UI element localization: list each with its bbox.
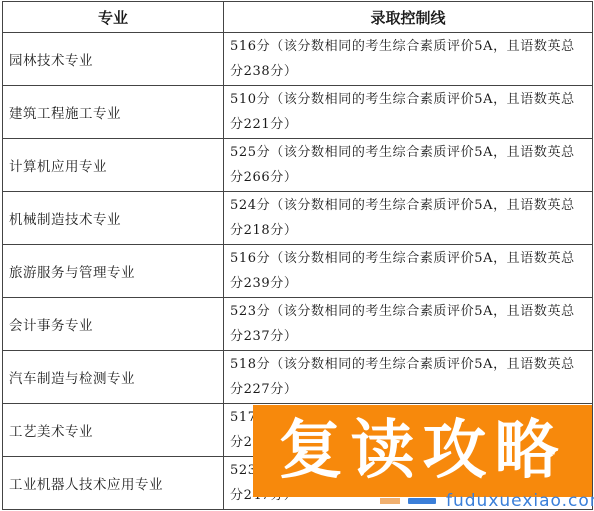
watermark-text: 复读攻略	[279, 419, 567, 483]
major-cell: 计算机应用专业	[3, 139, 224, 192]
major-cell: 旅游服务与管理专业	[3, 245, 224, 298]
watermark-url-text: fuduxuexiao.com	[446, 491, 594, 511]
major-cell: 工艺美术专业	[3, 404, 224, 457]
admission-line-cell: 516分（该分数相同的考生综合素质评价5A，且语数英总分239分）	[224, 245, 593, 298]
admission-line-cell: 523分（该分数相同的考生综合素质评价5A，且语数英总分237分）	[224, 298, 593, 351]
table-row: 计算机应用专业 525分（该分数相同的考生综合素质评价5A，且语数英总分266分…	[3, 139, 593, 192]
major-cell: 会计事务专业	[3, 298, 224, 351]
major-cell: 工业机器人技术应用专业	[3, 457, 224, 510]
admission-line-cell: 516分（该分数相同的考生综合素质评价5A，且语数英总分238分）	[224, 33, 593, 86]
watermark-logo-mark-icon	[380, 498, 400, 504]
table-row: 机械制造技术专业 524分（该分数相同的考生综合素质评价5A，且语数英总分218…	[3, 192, 593, 245]
watermark-logo-bar-icon	[408, 498, 436, 504]
admission-line-cell: 510分（该分数相同的考生综合素质评价5A，且语数英总分221分）	[224, 86, 593, 139]
major-cell: 园林技术专业	[3, 33, 224, 86]
table-row: 汽车制造与检测专业 518分（该分数相同的考生综合素质评价5A，且语数英总分22…	[3, 351, 593, 404]
table-row: 园林技术专业 516分（该分数相同的考生综合素质评价5A，且语数英总分238分）	[3, 33, 593, 86]
admission-line-cell: 524分（该分数相同的考生综合素质评价5A，且语数英总分218分）	[224, 192, 593, 245]
table-row: 旅游服务与管理专业 516分（该分数相同的考生综合素质评价5A，且语数英总分23…	[3, 245, 593, 298]
header-major: 专业	[3, 2, 224, 33]
header-admission-line: 录取控制线	[224, 2, 593, 33]
major-cell: 建筑工程施工专业	[3, 86, 224, 139]
table-row: 会计事务专业 523分（该分数相同的考生综合素质评价5A，且语数英总分237分）	[3, 298, 593, 351]
table-header-row: 专业 录取控制线	[3, 2, 593, 33]
table-row: 建筑工程施工专业 510分（该分数相同的考生综合素质评价5A，且语数英总分221…	[3, 86, 593, 139]
admission-line-cell: 525分（该分数相同的考生综合素质评价5A，且语数英总分266分）	[224, 139, 593, 192]
watermark-banner: 复读攻略	[253, 405, 592, 497]
major-cell: 汽车制造与检测专业	[3, 351, 224, 404]
major-cell: 机械制造技术专业	[3, 192, 224, 245]
admission-line-cell: 518分（该分数相同的考生综合素质评价5A，且语数英总分227分）	[224, 351, 593, 404]
watermark-url: fuduxuexiao.com	[380, 493, 594, 509]
